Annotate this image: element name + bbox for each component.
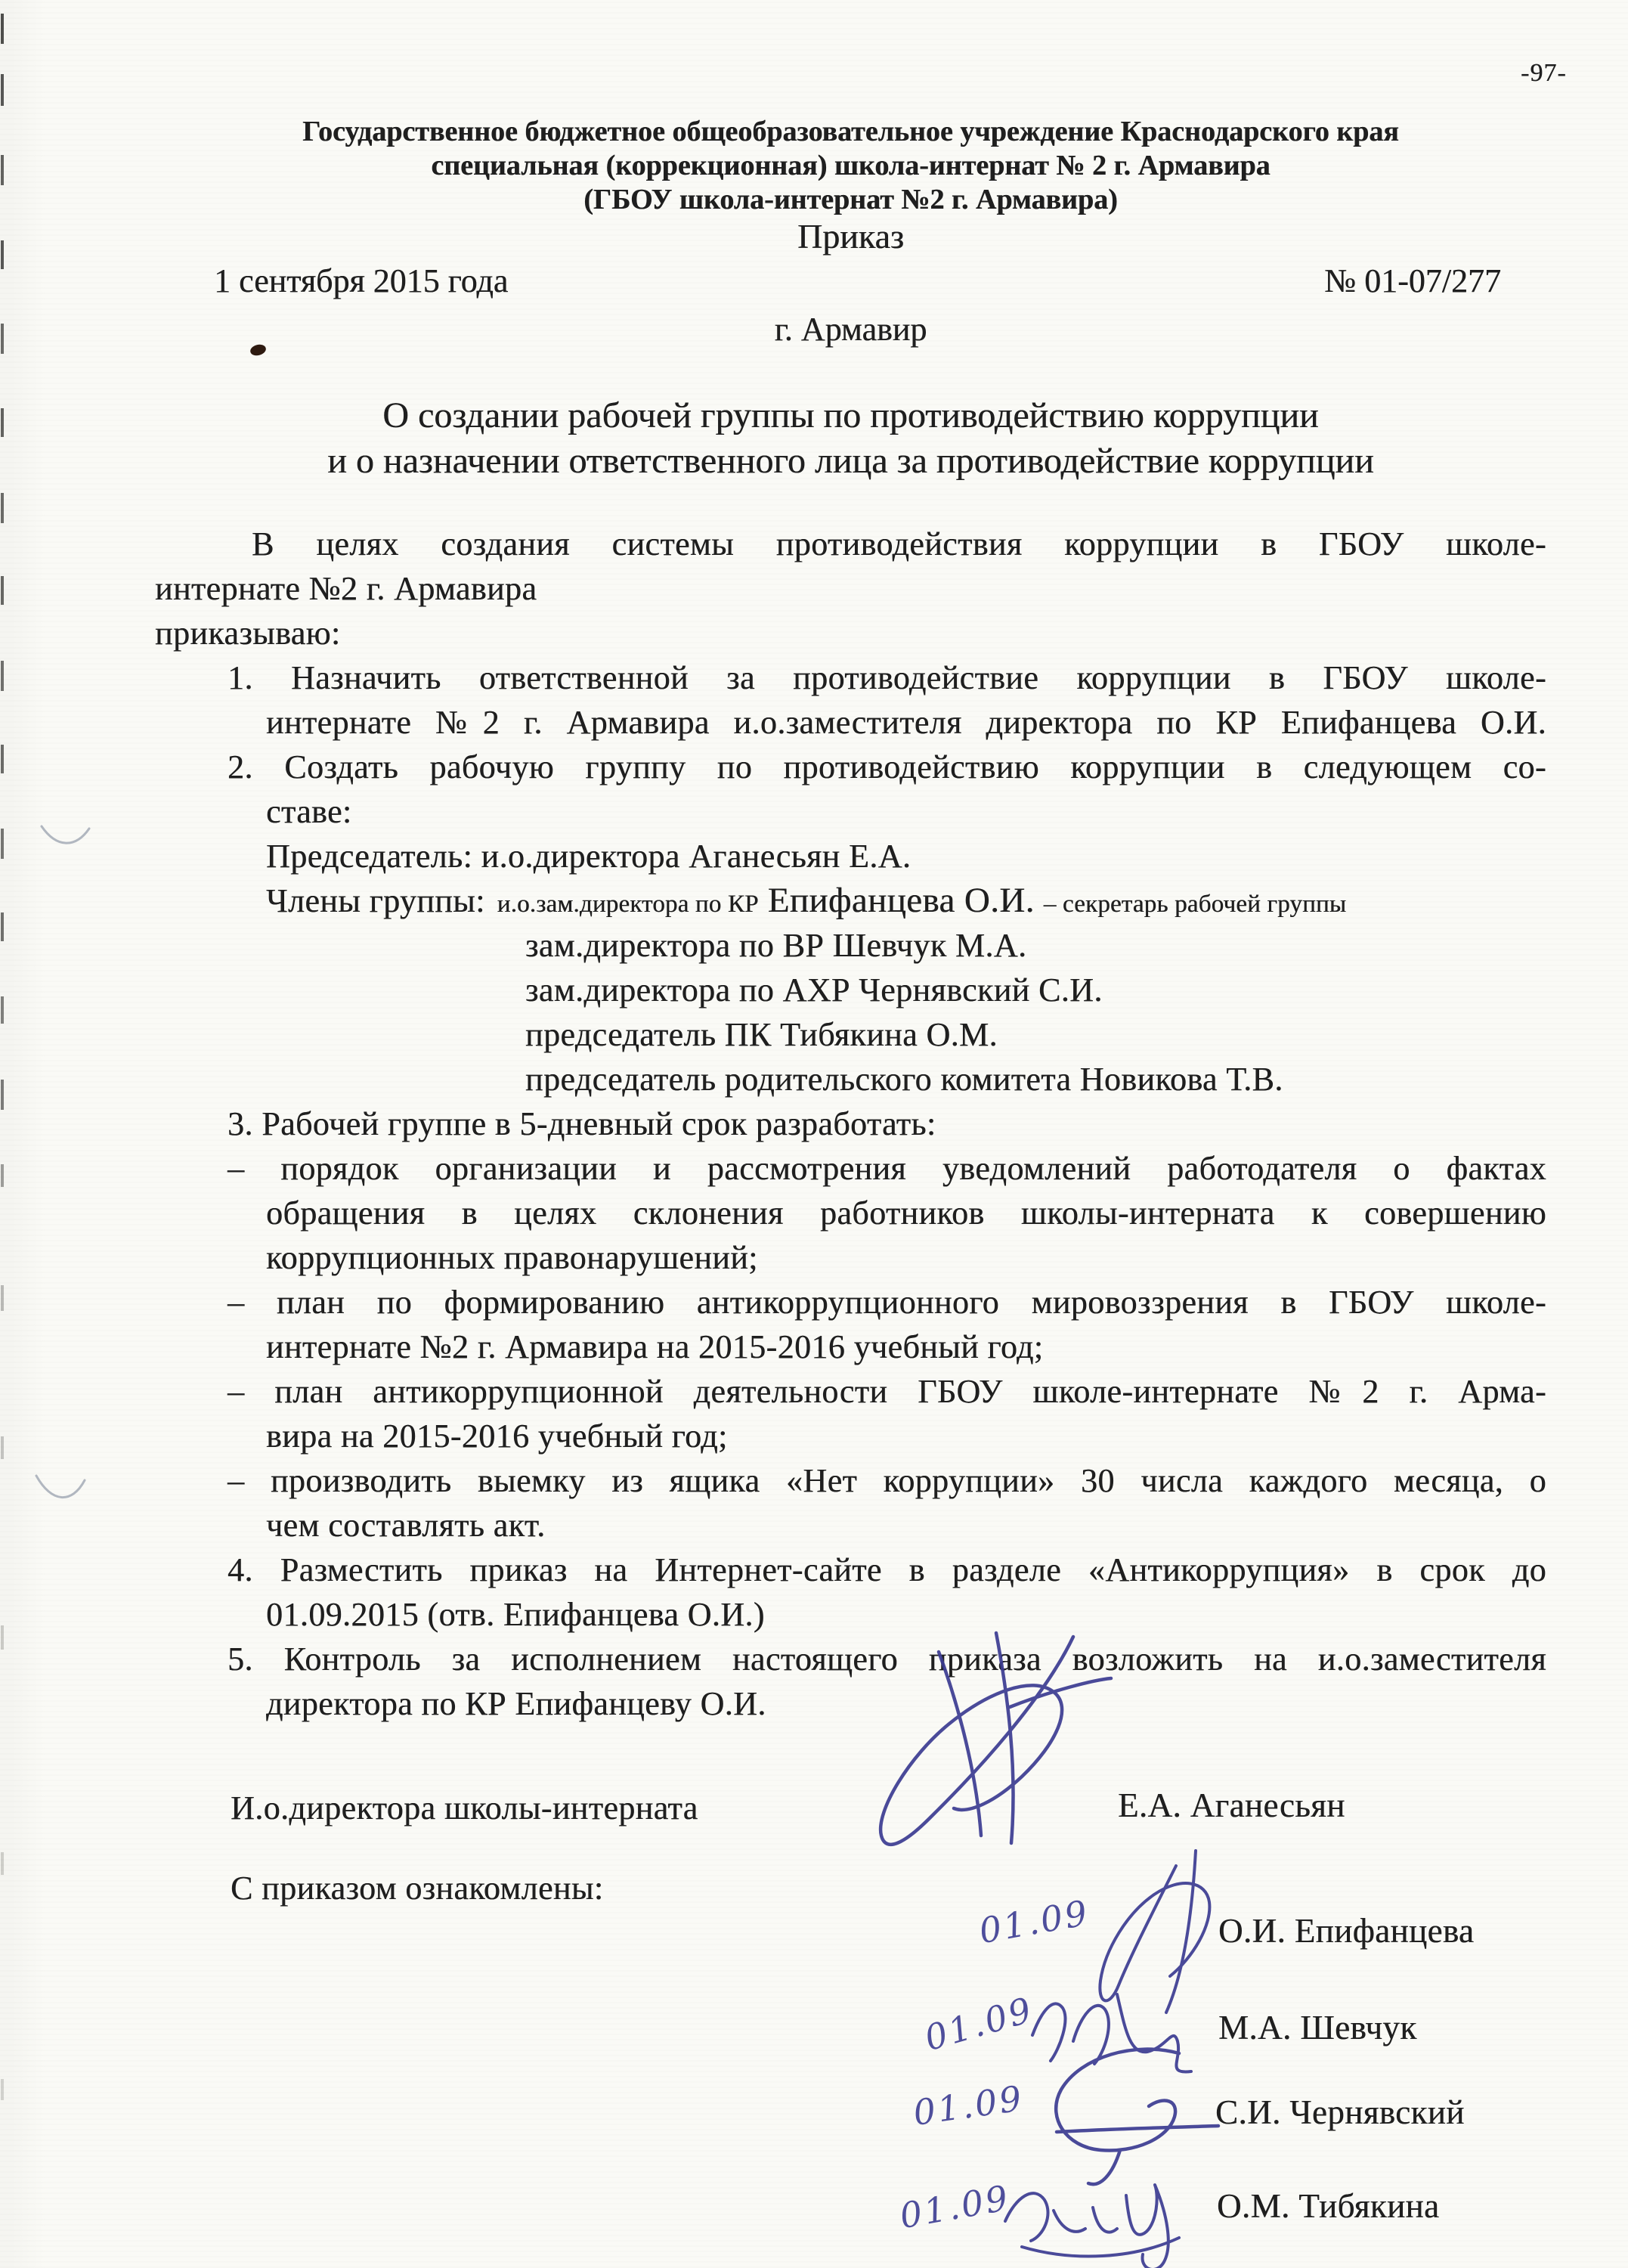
members-secretary-note: – секретарь рабочей группы [1044, 891, 1346, 918]
edge-artifact [1, 74, 4, 106]
doc-title: О создании рабочей группы по противодейс… [155, 393, 1546, 484]
edge-artifact [1, 576, 4, 605]
signature-shevchuk [1032, 1994, 1191, 2072]
date-number-row: 1 сентября 2015 года № 01-07/277 [155, 262, 1546, 300]
edge-artifact [1, 155, 4, 185]
member-line-2: зам.директора по ВР Шевчук М.А. [155, 923, 1546, 968]
margin-arc-mark-1 [42, 826, 89, 843]
edge-artifact [1, 1436, 4, 1459]
doc-city: г. Армавир [155, 310, 1546, 349]
item-4-line-2: 01.09.2015 (отв. Епифанцева О.И.) [155, 1592, 1546, 1637]
scanned-order-document: -97- Государственное бюджетное общеобраз… [0, 0, 1628, 2268]
dash-3-line-2: вира на 2015-2016 учебный год; [155, 1414, 1546, 1458]
members-line: Члены группы:и.о.зам.директора по КРЕпиф… [155, 878, 1546, 923]
org-name-line-2: специальная (коррекционная) школа-интерн… [155, 149, 1546, 183]
decree-word: приказываю: [155, 611, 1546, 655]
edge-artifact [1, 745, 4, 773]
signer-name-4: О.М. Тибякина [1217, 2186, 1439, 2226]
signer-name-3: С.И. Чернявский [1215, 2093, 1465, 2132]
signature-epifantseva [1100, 1851, 1209, 2012]
members-label: Члены группы: [266, 882, 485, 919]
dash-4-line-1: – производить выемку из ящика «Нет корру… [155, 1458, 1546, 1503]
dash-1-line-1: – порядок организации и рассмотрения уве… [155, 1146, 1546, 1191]
edge-artifact [1, 408, 4, 437]
member-line-5: председатель родительского комитета Нови… [155, 1057, 1546, 1101]
signature-tibyakina [1005, 2185, 1179, 2268]
edge-artifact [1, 912, 4, 941]
edge-artifact [1, 14, 4, 44]
handwritten-date-4: 01.09 [896, 2177, 1013, 2237]
director-name: Е.А. Аганесьян [1118, 1786, 1345, 1825]
item-2-line-1: 2. Создать рабочую группу по противодейс… [155, 745, 1546, 789]
handwritten-date-1: 01.09 [976, 1892, 1092, 1952]
margin-arc-mark-2 [36, 1476, 85, 1498]
edge-artifact [1, 996, 4, 1024]
edge-artifact [1, 324, 4, 354]
org-name-line-1: Государственное бюджетное общеобразовате… [155, 115, 1546, 149]
member-line-3: зам.директора по АХР Чернявский С.И. [155, 968, 1546, 1012]
item-3-line-1: 3. Рабочей группе в 5-дневный срок разра… [155, 1101, 1546, 1146]
intro-line-2: интернате №2 г. Армавира [155, 566, 1546, 611]
members-role-small: и.о.зам.директора по КР [497, 891, 759, 918]
signer-name-2: М.А. Шевчук [1218, 2008, 1417, 2047]
doc-body: В целях создания системы противодействия… [155, 522, 1546, 1726]
edge-artifact [1, 829, 4, 859]
item-5-line-1: 5. Контроль за исполнением настоящего пр… [155, 1637, 1546, 1681]
member-line-4: председатель ПК Тибякина О.М. [155, 1012, 1546, 1057]
signer-name-1: О.И. Епифанцева [1218, 1911, 1474, 1950]
handwritten-date-3: 01.09 [911, 2077, 1026, 2133]
org-name-line-3: (ГБОУ школа-интернат №2 г. Армавира) [155, 183, 1546, 217]
dash-2-line-1: – план по формированию антикоррупционног… [155, 1280, 1546, 1325]
edge-artifact [1, 240, 4, 269]
signature-chernyavsky [1056, 2050, 1218, 2185]
doc-date: 1 сентября 2015 года [214, 262, 508, 300]
director-label: И.о.директора школы-интерната [231, 1789, 698, 1827]
dash-1-line-2: обращения в целях склонения работников ш… [155, 1191, 1546, 1235]
doc-title-line-1: О создании рабочей группы по противодейс… [155, 393, 1546, 438]
org-name-block: Государственное бюджетное общеобразовате… [155, 115, 1546, 217]
page-number: -97- [1521, 59, 1567, 88]
edge-artifact [1, 2079, 4, 2100]
acknowledged-label: С приказом ознакомлены: [231, 1869, 603, 1907]
edge-artifact [1, 493, 4, 523]
doc-number: № 01-07/277 [1324, 262, 1501, 300]
intro-line-1: В целях создания системы противодействия… [155, 522, 1546, 566]
item-1-line-2: интернате №2 г. Армавира и.о.заместителя… [155, 700, 1546, 745]
item-4-line-1: 4. Разместить приказ на Интернет-сайте в… [155, 1548, 1546, 1592]
edge-artifact [1, 661, 4, 691]
edge-artifact [1, 1852, 4, 1875]
edge-artifact [1, 1164, 4, 1187]
members-name: Епифанцева О.И. [768, 881, 1035, 920]
doc-type: Приказ [155, 216, 1546, 256]
doc-title-line-2: и о назначении ответственного лица за пр… [155, 438, 1546, 484]
item-1-line-1: 1. Назначить ответственной за противодей… [155, 655, 1546, 700]
handwritten-date-2: 01.09 [920, 1989, 1038, 2059]
edge-artifact [1, 1285, 4, 1311]
chairman-line: Председатель: и.о.директора Аганесьян Е.… [155, 834, 1546, 878]
dash-3-line-1: – план антикоррупционной деятельности ГБ… [155, 1369, 1546, 1414]
item-5-line-2: директора по КР Епифанцеву О.И. [155, 1681, 1546, 1726]
item-2-line-2: ставе: [155, 789, 1546, 834]
dash-4-line-2: чем составлять акт. [155, 1503, 1546, 1548]
edge-artifact [1, 1080, 4, 1110]
dash-1-line-3: коррупционных правонарушений; [155, 1235, 1546, 1280]
edge-artifact [1, 1625, 4, 1650]
dash-2-line-2: интернате №2 г. Армавира на 2015-2016 уч… [155, 1325, 1546, 1369]
